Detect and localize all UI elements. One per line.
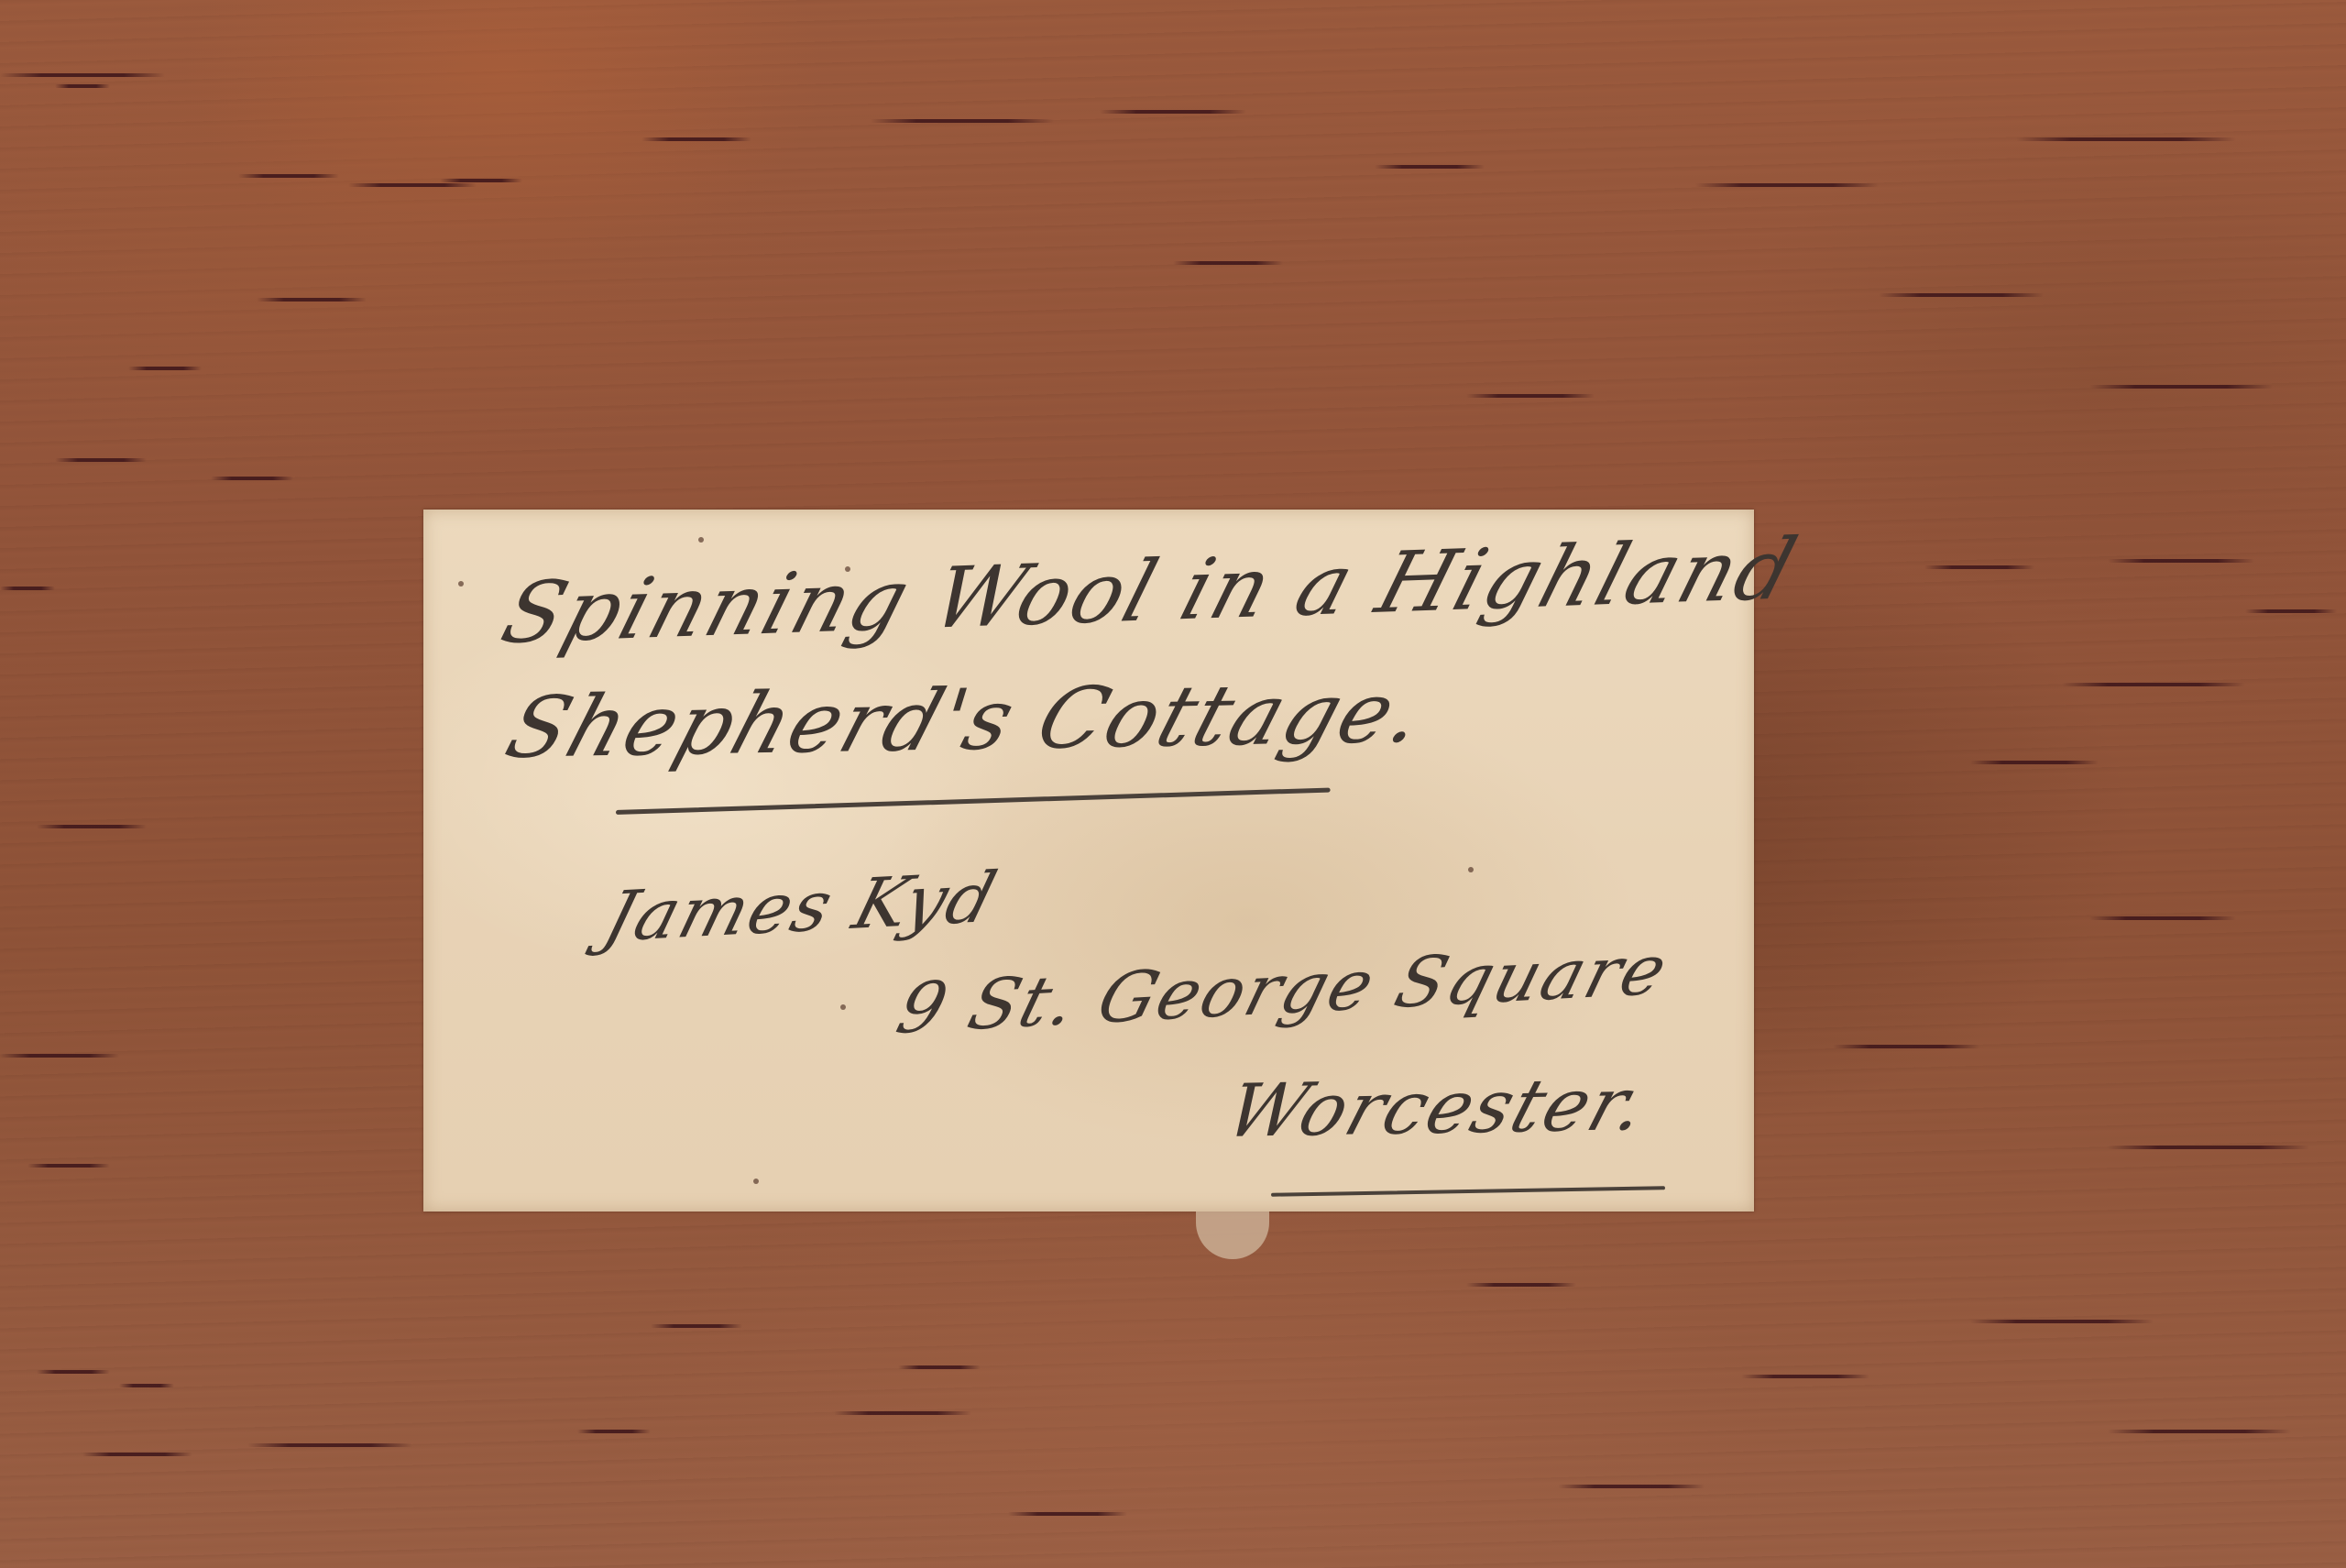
wood-grain	[238, 174, 339, 178]
wood-grain	[2062, 683, 2245, 686]
wood-grain	[82, 1453, 192, 1456]
wood-grain	[898, 1365, 981, 1369]
wood-grain	[1695, 183, 1879, 187]
wood-grain	[27, 1164, 110, 1168]
paper-speck	[753, 1179, 759, 1184]
paper-speck	[698, 537, 704, 543]
wood-grain	[1466, 394, 1595, 398]
wood-grain	[641, 137, 751, 141]
wood-grain	[440, 179, 522, 182]
wood-grain	[2108, 1146, 2309, 1149]
wood-grain	[211, 477, 293, 480]
address-city: Worcester.	[1217, 1061, 1659, 1154]
wood-grain	[348, 183, 477, 187]
paper-speck	[1468, 867, 1474, 872]
title-underline	[616, 788, 1331, 815]
wood-grain	[1173, 261, 1283, 265]
wood-grain	[577, 1430, 651, 1433]
wood-grain	[37, 825, 147, 828]
handwritten-label: Spinning Wool in a Highland Shepherd's C…	[423, 510, 1754, 1212]
wood-grain	[1970, 1320, 2154, 1323]
wood-grain	[37, 1370, 110, 1374]
wood-grain	[1375, 165, 1485, 169]
wood-grain	[2245, 609, 2337, 613]
wood-grain	[247, 1443, 412, 1447]
wood-grain	[0, 587, 55, 590]
wood-grain	[55, 84, 110, 88]
wood-grain	[2016, 137, 2236, 141]
wood-grain	[257, 298, 367, 302]
artwork-title-line-2: Shepherd's Cottage.	[496, 663, 1437, 777]
wood-grain	[128, 367, 202, 370]
wood-grain	[0, 73, 165, 77]
artist-name: James Kyd	[596, 856, 1006, 958]
wood-grain	[651, 1324, 742, 1328]
artwork-title-line-1: Spinning Wool in a Highland	[491, 520, 1808, 662]
wood-grain	[2108, 1430, 2291, 1433]
paper-speck	[458, 581, 464, 587]
wood-grain	[0, 1054, 119, 1058]
wood-grain	[1970, 761, 2099, 764]
wood-grain	[2108, 559, 2254, 563]
wood-grain	[1558, 1485, 1705, 1488]
wood-grain	[871, 119, 1054, 123]
address-street: 9 St. George Square	[889, 928, 1677, 1049]
wood-grain	[1879, 293, 2044, 297]
wood-grain	[1008, 1512, 1127, 1516]
city-underline	[1271, 1186, 1665, 1197]
wood-grain	[1466, 1283, 1576, 1287]
wood-grain	[119, 1384, 174, 1387]
wood-grain	[1833, 1045, 1979, 1048]
paper-speck	[840, 1004, 846, 1010]
wood-grain	[1100, 110, 1246, 114]
wood-grain	[2089, 385, 2273, 389]
wood-grain	[834, 1411, 971, 1415]
wood-grain	[2089, 916, 2236, 920]
wood-grain	[55, 458, 147, 462]
wood-grain	[1924, 565, 2034, 569]
wood-grain	[1741, 1375, 1869, 1378]
